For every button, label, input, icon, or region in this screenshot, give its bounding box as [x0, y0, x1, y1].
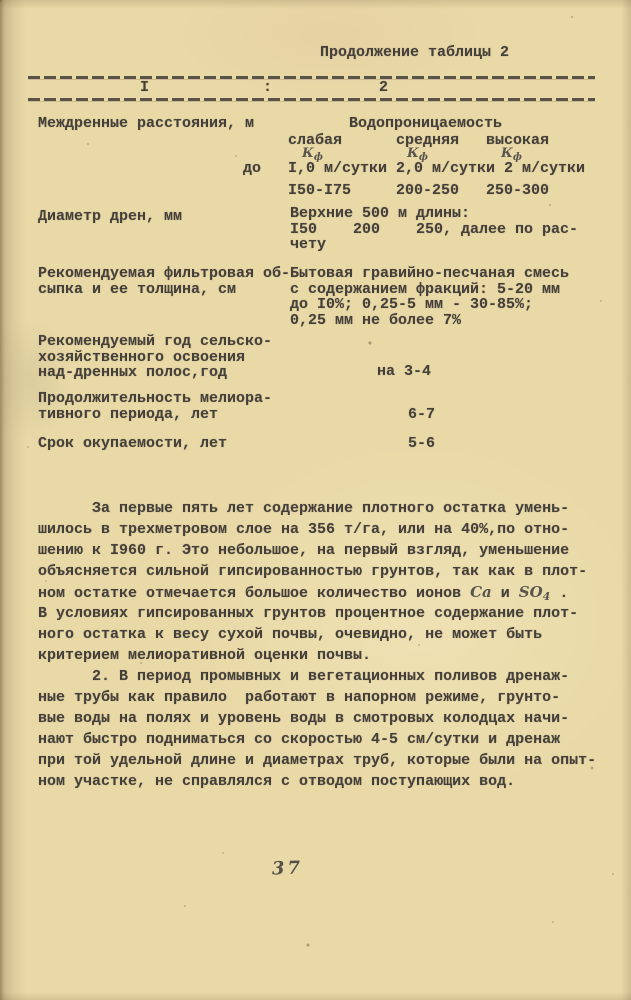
table-header-col1: I [140, 80, 149, 96]
row5-value: 6-7 [408, 407, 435, 423]
paper-specks [0, 0, 2, 2]
page-number: 37 [272, 859, 304, 878]
continuation-title: Продолжение таблицы 2 [320, 45, 509, 61]
body-line: критерием мелиоративной оценки почвы. [38, 645, 371, 666]
body-line: ного остатка к весу сухой почвы, очевидн… [38, 624, 542, 645]
body-line: объясняется сильной гипсированностью гру… [38, 561, 587, 582]
row3-value: Бытовая гравийно-песчаная смесь с содерж… [290, 266, 569, 328]
row6-param: Срок окупаемости, лет [38, 436, 227, 452]
row2-value: Верхние 500 м длины: I50 200 250, далее … [290, 206, 578, 253]
ion-so4: SO4 [519, 583, 551, 601]
row1-group-title: Водопроницаемость [349, 116, 502, 132]
table-rule-header [28, 98, 595, 101]
body-line: 2. В период промывных и вегетационных по… [38, 666, 569, 687]
body-line: вые воды на полях и уровень воды в смотр… [38, 708, 569, 729]
row5-param: Продолжительность мелиора- тивного перио… [38, 391, 272, 422]
row1-param: Междренные расстояния, м [38, 116, 254, 132]
body-line: при той удельной длине и диаметрах труб,… [38, 750, 596, 771]
body-line: В условиях гипсированных грунтов процент… [38, 603, 578, 624]
body-line: ные трубы как правило работают в напорно… [38, 687, 560, 708]
row4-param: Рекомендуемый год сельско- хозяйственног… [38, 334, 272, 381]
row6-value: 5-6 [408, 436, 435, 452]
table-header-col2: 2 [379, 80, 388, 96]
row3-param: Рекомендуемая фильтровая об- сыпка и ее … [38, 266, 290, 297]
table-header-separator: : [263, 80, 272, 96]
body-line: шилось в трехметровом слое на 356 т/га, … [38, 519, 569, 540]
body-line: шению к I960 г. Это небольшое, на первый… [38, 540, 569, 561]
body-line: нают быстро подниматься со скоростью 4-5… [38, 729, 560, 750]
row4-value: на 3-4 [377, 364, 431, 380]
body-line: ном участке, не справлялся с отводом пос… [38, 771, 515, 792]
body-line: За первые пять лет содержание плотного о… [38, 498, 569, 519]
table-rule-top [28, 76, 595, 79]
row1-values: I50-I75 200-250 250-300 [288, 183, 549, 199]
scanned-page: Продолжение таблицы 2 I : 2 Междренные р… [0, 0, 631, 1000]
ion-ca: Са [470, 583, 492, 601]
row1-rates: до I,0 м/сутки 2,0 м/сутки 2 м/сутки [243, 161, 585, 177]
row2-param: Диаметр дрен, мм [38, 209, 182, 225]
